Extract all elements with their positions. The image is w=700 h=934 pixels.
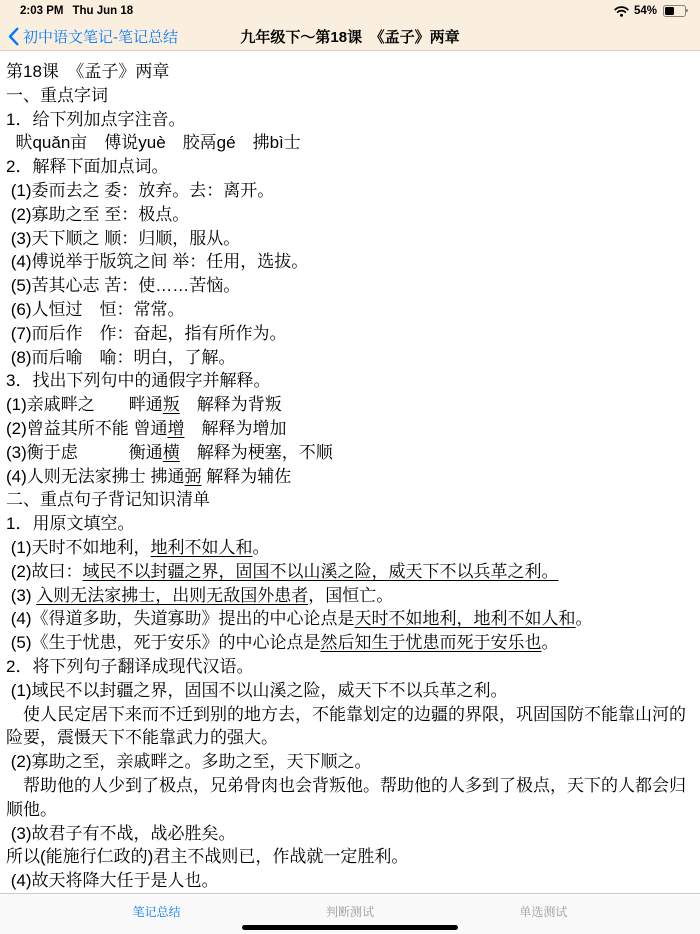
note-line: 畎quǎn亩 傅说yuè 胶鬲gé 拂bì士 xyxy=(6,131,696,155)
text-segment: (3)故君子有不战，战必胜矣。 xyxy=(6,824,236,843)
text-segment: 解释为背叛 xyxy=(180,395,282,414)
note-line: (4)《得道多助，失道寡助》提出的中心论点是天时不如地利，地利不如人和。 xyxy=(6,607,696,631)
note-line: 1．用原文填空。 xyxy=(6,512,696,536)
note-line: (6)人恒过 恒：常常。 xyxy=(6,298,696,322)
note-line: 第18课 《孟子》两章 xyxy=(6,60,696,84)
note-line: 所以(能施行仁政的)君主不战则已，作战就一定胜利。 xyxy=(6,845,696,869)
note-line: (2)寡助之至，亲戚畔之。多助之至，天下顺之。 xyxy=(6,750,696,774)
text-segment: (5)苦其心志 苦：使……苦恼。 xyxy=(6,276,240,295)
note-line: 一、重点字词 xyxy=(6,84,696,108)
text-segment: 。 xyxy=(253,538,270,557)
note-line: (4)人则无法家拂士 拂通弼 解释为辅佐 xyxy=(6,465,696,489)
text-segment: (2)曾益其所不能 曾通 xyxy=(6,419,168,438)
text-segment: 所以(能施行仁政的)君主不战则已，作战就一定胜利。 xyxy=(6,847,408,866)
note-line: 二、重点句子背记知识清单 xyxy=(6,488,696,512)
text-segment: (1)天时不如地利， xyxy=(6,538,151,557)
text-segment: 3．找出下列句中的通假字并解释。 xyxy=(6,371,270,390)
back-chevron-icon xyxy=(8,27,19,46)
text-segment: 解释为辅佐 xyxy=(202,467,292,486)
tab-notes-summary[interactable]: 笔记总结 xyxy=(60,903,253,920)
note-line: (1)域民不以封疆之界，固国不以山溪之险，威天下不以兵革之利。 xyxy=(6,679,696,703)
text-segment: 2．解释下面加点词。 xyxy=(6,157,168,176)
note-line: 使人民定居下来而不迁到别的地方去，不能靠划定的边疆的界限，巩固国防不能靠山河的险… xyxy=(6,703,696,751)
text-segment: (3)衡于虑 衡通 xyxy=(6,443,163,462)
underlined-segment: 域民不以封疆之界，固国不以山溪之险，威天下不以兵革之利。 xyxy=(83,562,559,581)
note-line: (7)而后作 作：奋起，指有所作为。 xyxy=(6,322,696,346)
text-segment: (4)傅说举于版筑之间 举：任用，选拔。 xyxy=(6,252,308,271)
home-indicator[interactable] xyxy=(242,925,458,930)
note-line: 3．找出下列句中的通假字并解释。 xyxy=(6,369,696,393)
text-segment: (6)人恒过 恒：常常。 xyxy=(6,300,185,319)
text-segment: (4)故天将降大任于是人也。 xyxy=(6,871,219,890)
text-segment: (5)《生于忧患，死于安乐》的中心论点是 xyxy=(6,633,321,652)
note-line: (4)傅说举于版筑之间 举：任用，选拔。 xyxy=(6,250,696,274)
note-line: (1)天时不如地利，地利不如人和。 xyxy=(6,536,696,560)
note-line: (2)故曰：域民不以封疆之界，固国不以山溪之险，威天下不以兵革之利。 xyxy=(6,560,696,584)
text-segment: 畎quǎn亩 傅说yuè 胶鬲gé 拂bì士 xyxy=(6,133,301,152)
tab-judgment-test[interactable]: 判断测试 xyxy=(253,903,446,920)
text-segment: 1．用原文填空。 xyxy=(6,514,134,533)
underlined-segment: 横 xyxy=(163,443,180,462)
text-segment: (4)《得道多助，失道寡助》提出的中心论点是 xyxy=(6,609,355,628)
note-line: (5)《生于忧患，死于安乐》的中心论点是然后知生于忧患而死于安乐也。 xyxy=(6,631,696,655)
text-segment: (4)人则无法家拂士 拂通 xyxy=(6,467,185,486)
note-line: 2．解释下面加点词。 xyxy=(6,155,696,179)
text-segment: 1．给下列加点字注音。 xyxy=(6,110,185,129)
note-line: (4)故天将降大任于是人也。 xyxy=(6,869,696,893)
notes-content[interactable]: 第18课 《孟子》两章一、重点字词1．给下列加点字注音。 畎quǎn亩 傅说yu… xyxy=(0,51,700,893)
text-segment: 2．将下列句子翻译成现代汉语。 xyxy=(6,657,253,676)
underlined-segment: 地利不如人和 xyxy=(151,538,253,557)
text-segment: 。 xyxy=(576,609,593,628)
underlined-segment: 天时不如地利，地利不如人和 xyxy=(355,609,576,628)
wifi-icon xyxy=(614,6,629,17)
underlined-segment: 叛 xyxy=(163,395,180,414)
text-segment: 使人民定居下来而不迁到别的地方去，不能靠划定的边疆的界限，巩固国防不能靠山河的险… xyxy=(6,705,686,748)
note-line: (1)委而去之 委：放弃。去：离开。 xyxy=(6,179,696,203)
battery-percent: 54% xyxy=(634,5,657,17)
note-line: (1)亲戚畔之 畔通叛 解释为背叛 xyxy=(6,393,696,417)
text-segment: (3) xyxy=(6,586,36,605)
text-segment: 。 xyxy=(542,633,559,652)
underlined-segment: 弼 xyxy=(185,467,202,486)
underlined-segment: 增 xyxy=(168,419,185,438)
page-title: 九年级下～第18课 《孟子》两章 xyxy=(120,22,580,50)
text-segment: 第18课 《孟子》两章 xyxy=(6,62,169,81)
text-segment: (1)亲戚畔之 畔通 xyxy=(6,395,163,414)
text-segment: (2)寡助之至 至：极点。 xyxy=(6,205,189,224)
note-line: (3)天下顺之 顺：归顺，服从。 xyxy=(6,227,696,251)
text-segment: (1)委而去之 委：放弃。去：离开。 xyxy=(6,181,274,200)
text-segment: ，国恒亡。 xyxy=(308,586,393,605)
text-segment: (2)寡助之至，亲戚畔之。多助之至，天下顺之。 xyxy=(6,752,372,771)
text-segment: (8)而后喻 喻：明白，了解。 xyxy=(6,348,236,367)
text-segment: 帮助他的人少到了极点，兄弟骨肉也会背叛他。帮助他的人多到了极点，天下的人都会归顺… xyxy=(6,776,686,819)
text-segment: (2)故曰： xyxy=(6,562,83,581)
note-line: (5)苦其心志 苦：使……苦恼。 xyxy=(6,274,696,298)
note-line: (2)寡助之至 至：极点。 xyxy=(6,203,696,227)
note-line: 2．将下列句子翻译成现代汉语。 xyxy=(6,655,696,679)
note-line: 帮助他的人少到了极点，兄弟骨肉也会背叛他。帮助他的人多到了极点，天下的人都会归顺… xyxy=(6,774,696,822)
note-line: (8)而后喻 喻：明白，了解。 xyxy=(6,346,696,370)
note-line: (3)衡于虑 衡通横 解释为梗塞，不顺 xyxy=(6,441,696,465)
text-segment: 二、重点句子背记知识清单 xyxy=(6,490,210,509)
tab-single-choice-test[interactable]: 单选测试 xyxy=(447,903,640,920)
note-line: 1．给下列加点字注音。 xyxy=(6,108,696,132)
text-segment: 一、重点字词 xyxy=(6,86,108,105)
nav-bar: 初中语文笔记-笔记总结 九年级下～第18课 《孟子》两章 xyxy=(0,22,700,51)
note-line: (3) 入则无法家拂士，出则无敌国外患者，国恒亡。 xyxy=(6,584,696,608)
status-bar: 2:03 PM Thu Jun 18 54% xyxy=(0,0,700,22)
text-segment: (1)域民不以封疆之界，固国不以山溪之险，威天下不以兵革之利。 xyxy=(6,681,508,700)
text-segment: 解释为增加 xyxy=(185,419,287,438)
underlined-segment: 入则无法家拂士，出则无敌国外患者 xyxy=(36,586,308,605)
status-date: Thu Jun 18 xyxy=(72,5,133,17)
text-segment: 解释为梗塞，不顺 xyxy=(180,443,333,462)
note-line: (3)故君子有不战，战必胜矣。 xyxy=(6,822,696,846)
note-line: (2)曾益其所不能 曾通增 解释为增加 xyxy=(6,417,696,441)
battery-icon xyxy=(663,5,686,17)
text-segment: (3)天下顺之 顺：归顺，服从。 xyxy=(6,229,240,248)
status-time: 2:03 PM xyxy=(20,5,63,17)
underlined-segment: 然后知生于忧患而死于安乐也 xyxy=(321,633,542,652)
text-segment: (7)而后作 作：奋起，指有所作为。 xyxy=(6,324,287,343)
